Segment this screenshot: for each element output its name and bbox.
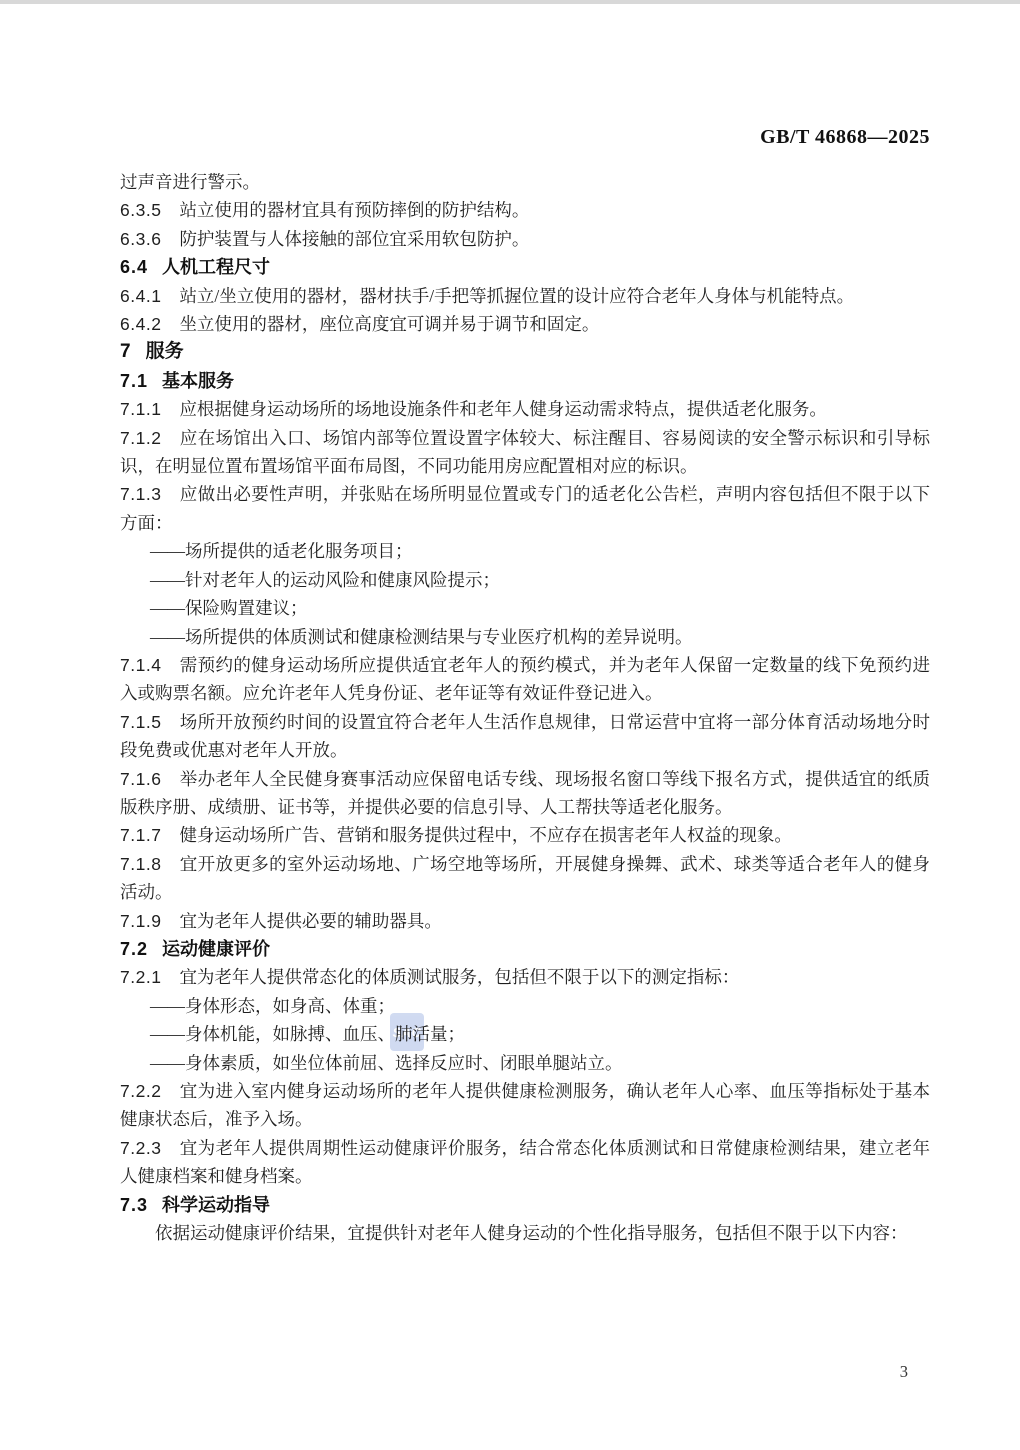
body-paragraph: 过声音进行警示。 xyxy=(120,168,930,196)
clause-text: 基本服务 xyxy=(162,371,234,391)
clause-paragraph: 7.1.3应做出必要性声明，并张贴在场所明显位置或专门的适老化公告栏，声明内容包… xyxy=(120,480,930,537)
clause-paragraph: 7.1.7健身运动场所广告、营销和服务提供过程中，不应存在损害老年人权益的现象。 xyxy=(120,821,930,849)
clause-number: 7.1.8 xyxy=(120,854,161,874)
clause-paragraph: 6.3.6防护装置与人体接触的部位宜采用软包防护。 xyxy=(120,225,930,253)
clause-text: 宜为老年人提供常态化的体质测试服务，包括但不限于以下的测定指标： xyxy=(179,967,739,987)
clause-text: ——场所提供的适老化服务项目； xyxy=(150,541,413,561)
subsection-heading: 7.2运动健康评价 xyxy=(120,935,930,963)
clause-text: 应根据健身运动场所的场地设施条件和老年人健身运动需求特点，提供适老化服务。 xyxy=(179,399,827,419)
clause-paragraph: 7.1.2应在场馆出入口、场馆内部等位置设置字体较大、标注醒目、容易阅读的安全警… xyxy=(120,424,930,481)
clause-text: 应做出必要性声明，并张贴在场所明显位置或专门的适老化公告栏，声明内容包括但不限于… xyxy=(120,484,930,532)
clause-number: 7.1.7 xyxy=(120,825,161,845)
clause-number: 7.1.3 xyxy=(120,484,161,504)
clause-number: 7.1.9 xyxy=(120,911,161,931)
clause-paragraph: 7.1.1应根据健身运动场所的场地设施条件和老年人健身运动需求特点，提供适老化服… xyxy=(120,395,930,423)
clause-paragraph: 6.4.1站立/坐立使用的器材，器材扶手/手把等抓握位置的设计应符合老年人身体与… xyxy=(120,282,930,310)
clause-paragraph: 7.1.8宜开放更多的室外运动场地、广场空地等场所，开展健身操舞、武术、球类等适… xyxy=(120,850,930,907)
clause-number: 6.4.1 xyxy=(120,286,161,306)
clause-text: 宜开放更多的室外运动场地、广场空地等场所，开展健身操舞、武术、球类等适合老年人的… xyxy=(120,854,930,902)
clause-paragraph: 7.2.2宜为进入室内健身运动场所的老年人提供健康检测服务，确认老年人心率、血压… xyxy=(120,1077,930,1134)
doc-code: GB/T 46868—2025 xyxy=(760,126,930,149)
page-top-border xyxy=(0,0,1020,4)
clause-text: ——针对老年人的运动风险和健康风险提示； xyxy=(150,570,500,590)
clause-number: 6.4 xyxy=(120,257,148,277)
clause-number: 7.2.1 xyxy=(120,967,161,987)
dash-list-item: ——身体机能，如脉搏、血压、肺活量； xyxy=(120,1020,930,1048)
subsection-heading: 7.1基本服务 xyxy=(120,367,930,395)
clause-number: 7.1.1 xyxy=(120,399,161,419)
clause-paragraph: 6.3.5站立使用的器材宜具有预防摔倒的防护结构。 xyxy=(120,196,930,224)
clause-text: ——身体素质，如坐位体前屈、选择反应时、闭眼单腿站立。 xyxy=(150,1053,623,1073)
clause-number: 6.3.5 xyxy=(120,200,161,220)
subsection-heading: 7.3科学运动指导 xyxy=(120,1191,930,1219)
clause-text: ——身体形态，如身高、体重； xyxy=(150,996,395,1016)
clause-paragraph: 7.2.1宜为老年人提供常态化的体质测试服务，包括但不限于以下的测定指标： xyxy=(120,963,930,991)
clause-number: 7.2.2 xyxy=(120,1081,161,1101)
clause-paragraph: 7.1.9宜为老年人提供必要的辅助器具。 xyxy=(120,907,930,935)
clause-number: 7 xyxy=(120,341,132,362)
clause-text: ——场所提供的体质测试和健康检测结果与专业医疗机构的差异说明。 xyxy=(150,627,693,647)
clause-text: 站立/坐立使用的器材，器材扶手/手把等抓握位置的设计应符合老年人身体与机能特点。 xyxy=(179,286,854,306)
clause-number: 6.4.2 xyxy=(120,314,161,334)
clause-number: 7.3 xyxy=(120,1195,148,1215)
clause-text: 服务 xyxy=(146,341,184,362)
document-body: 过声音进行警示。6.3.5站立使用的器材宜具有预防摔倒的防护结构。6.3.6防护… xyxy=(120,168,930,1247)
subsection-heading: 6.4人机工程尺寸 xyxy=(120,253,930,281)
clause-text: 健身运动场所广告、营销和服务提供过程中，不应存在损害老年人权益的现象。 xyxy=(179,825,792,845)
dash-list-item: ——针对老年人的运动风险和健康风险提示； xyxy=(120,566,930,594)
clause-number: 7.2 xyxy=(120,939,148,959)
clause-text: 应在场馆出入口、场馆内部等位置设置字体较大、标注醒目、容易阅读的安全警示标识和引… xyxy=(120,428,930,476)
clause-paragraph: 7.2.3宜为老年人提供周期性运动健康评价服务，结合常态化体质测试和日常健康检测… xyxy=(120,1134,930,1191)
clause-text: ——身体机能，如脉搏、血压、肺活量； xyxy=(150,1024,465,1044)
clause-text: 宜为老年人提供周期性运动健康评价服务，结合常态化体质测试和日常健康检测结果，建立… xyxy=(120,1138,930,1186)
clause-text: 运动健康评价 xyxy=(162,939,270,959)
clause-number: 7.1.2 xyxy=(120,428,161,448)
clause-text: 站立使用的器材宜具有预防摔倒的防护结构。 xyxy=(179,200,529,220)
clause-text: 场所开放预约时间的设置宜符合老年人生活作息规律，日常运营中宜将一部分体育活动场地… xyxy=(120,712,930,760)
clause-number: 7.1.5 xyxy=(120,712,161,732)
section-heading: 7服务 xyxy=(120,338,930,366)
clause-paragraph: 7.1.4需预约的健身运动场所应提供适宜老年人的预约模式，并为老年人保留一定数量… xyxy=(120,651,930,708)
clause-paragraph: 7.1.5场所开放预约时间的设置宜符合老年人生活作息规律，日常运营中宜将一部分体… xyxy=(120,708,930,765)
clause-text: 科学运动指导 xyxy=(162,1195,270,1215)
clause-number: 7.1.6 xyxy=(120,769,161,789)
clause-text: 依据运动健康评价结果，宜提供针对老年人健身运动的个性化指导服务，包括但不限于以下… xyxy=(155,1223,908,1243)
indented-paragraph: 依据运动健康评价结果，宜提供针对老年人健身运动的个性化指导服务，包括但不限于以下… xyxy=(120,1219,930,1247)
clause-text: 防护装置与人体接触的部位宜采用软包防护。 xyxy=(179,229,529,249)
clause-paragraph: 7.1.6举办老年人全民健身赛事活动应保留电话专线、现场报名窗口等线下报名方式，… xyxy=(120,765,930,822)
dash-list-item: ——场所提供的适老化服务项目； xyxy=(120,537,930,565)
clause-number: 7.1.4 xyxy=(120,655,161,675)
clause-text: 过声音进行警示。 xyxy=(120,172,260,192)
clause-text: ——保险购置建议； xyxy=(150,598,308,618)
clause-number: 6.3.6 xyxy=(120,229,161,249)
dash-list-item: ——场所提供的体质测试和健康检测结果与专业医疗机构的差异说明。 xyxy=(120,623,930,651)
clause-text: 需预约的健身运动场所应提供适宜老年人的预约模式，并为老年人保留一定数量的线下免预… xyxy=(120,655,930,703)
dash-list-item: ——身体素质，如坐位体前屈、选择反应时、闭眼单腿站立。 xyxy=(120,1049,930,1077)
clause-text: 宜为老年人提供必要的辅助器具。 xyxy=(179,911,442,931)
clause-paragraph: 6.4.2坐立使用的器材，座位高度宜可调并易于调节和固定。 xyxy=(120,310,930,338)
clause-text: 举办老年人全民健身赛事活动应保留电话专线、现场报名窗口等线下报名方式，提供适宜的… xyxy=(120,769,930,817)
clause-number: 7.1 xyxy=(120,371,148,391)
dash-list-item: ——保险购置建议； xyxy=(120,594,930,622)
page-number: 3 xyxy=(900,1362,908,1382)
clause-text: 坐立使用的器材，座位高度宜可调并易于调节和固定。 xyxy=(179,314,599,334)
clause-text: 人机工程尺寸 xyxy=(162,257,270,277)
clause-text: 宜为进入室内健身运动场所的老年人提供健康检测服务，确认老年人心率、血压等指标处于… xyxy=(120,1081,930,1129)
clause-number: 7.2.3 xyxy=(120,1138,161,1158)
dash-list-item: ——身体形态，如身高、体重； xyxy=(120,992,930,1020)
